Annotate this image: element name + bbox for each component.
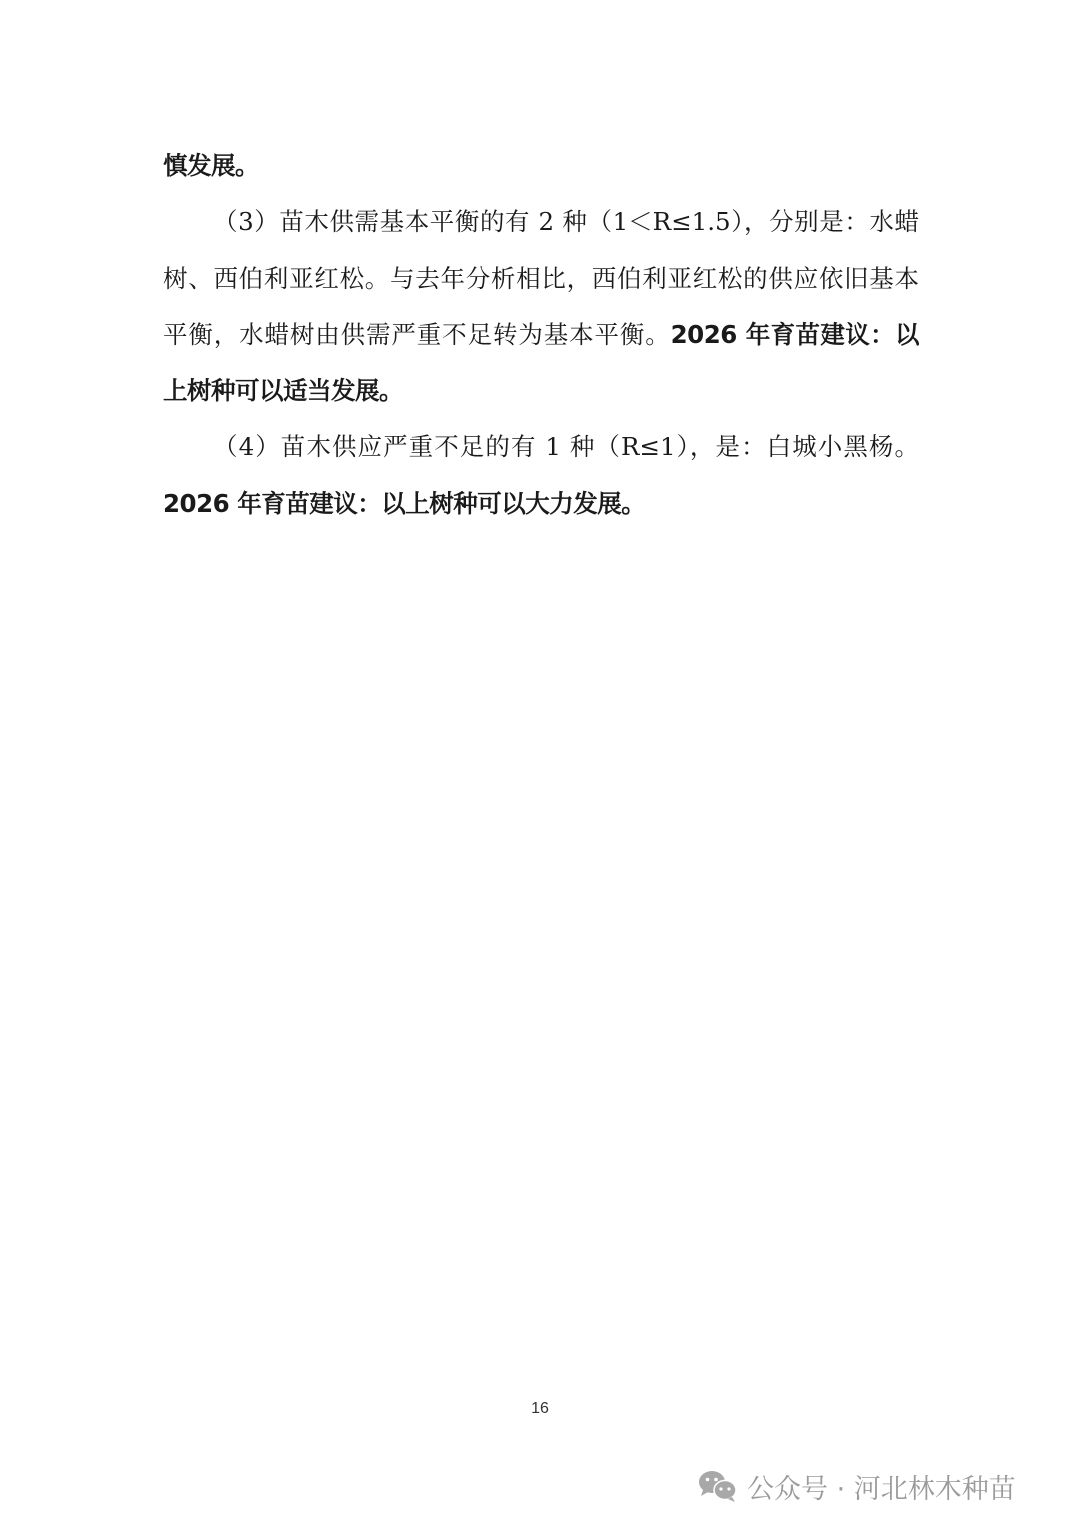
watermark-text: 公众号 · 河北林木种苗 [747,1467,1016,1506]
body-text: （4）苗木供应严重不足的有 1 种（R≤1），是：白城小黑杨。 [213,432,919,461]
paragraph-continuation: 慎发展。 [163,138,919,194]
watermark: 公众号 · 河北林木种苗 [697,1466,1016,1506]
document-body: 慎发展。 （3）苗木供需基本平衡的有 2 种（1＜R≤1.5），分别是：水蜡树、… [163,138,919,532]
paragraph-item-3: （3）苗木供需基本平衡的有 2 种（1＜R≤1.5），分别是：水蜡树、西伯利亚红… [163,194,919,419]
bold-text: 慎发展。 [163,151,259,180]
wechat-icon [697,1469,739,1503]
paragraph-item-4: （4）苗木供应严重不足的有 1 种（R≤1），是：白城小黑杨。2026 年育苗建… [163,419,919,532]
recommendation-text: 2026 年育苗建议：以上树种可以大力发展。 [163,489,645,518]
page-number: 16 [0,1400,1080,1418]
